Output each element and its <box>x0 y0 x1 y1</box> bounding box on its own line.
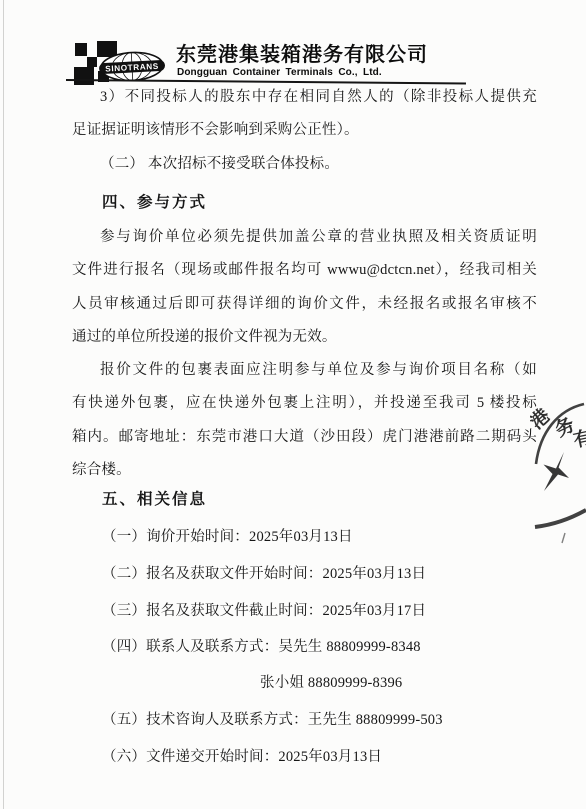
body-line: （二） 本次招标不接受联合体投标。 <box>72 154 537 175</box>
body-line: 报价文件的包裹表面应注明参与单位及参与询价项目名称（如 <box>72 360 537 381</box>
body-line: 通过的单位所投递的报价文件视为无效。 <box>72 327 537 348</box>
info-item-6: （六）文件递交开始时间：2025年03月13日 <box>72 747 537 768</box>
body-line: 有快递外包裹，应在快递外包裹上注明），并投递至我司 5 楼投标 <box>72 393 537 414</box>
info-item-1: （一）询价开始时间：2025年03月13日 <box>72 527 537 548</box>
info-item-4-continuation: 张小姐 88809999-8396 <box>72 673 537 694</box>
scan-edge-artifact <box>3 0 4 809</box>
body-line: 足证据证明该情形不会影响到采购公正性）。 <box>72 120 537 141</box>
section-heading-5: 五、相关信息 <box>72 489 537 510</box>
info-item-2: （二）报名及获取文件开始时间：2025年03月13日 <box>72 564 537 585</box>
body-line: 箱内。邮寄地址：东莞市港口大道（沙田段）虎门港港前路二期码头 <box>72 427 537 448</box>
seal-char: 港 <box>530 404 554 434</box>
company-name-cn: 东莞港集装箱港务有限公司 <box>176 43 428 67</box>
info-item-5: （五）技术咨询人及联系方式：王先生 88809999-503 <box>72 710 537 731</box>
company-seal-stamp: 港 务 有 <box>530 398 586 548</box>
body-line: 3）不同投标人的股东中存在相同自然人的（除非投标人提供充 <box>72 87 537 108</box>
body-line: 参与询价单位必须先提供加盖公章的营业执照及相关资质证明 <box>72 227 537 248</box>
info-item-4: （四）联系人及联系方式：吴先生 88809999-8348 <box>72 637 537 658</box>
company-name-en: Dongguan Container Terminals Co., Ltd. <box>177 66 382 79</box>
body-line: 综合楼。 <box>72 460 537 481</box>
seal-star-icon <box>544 452 570 491</box>
body-line: 人员审核通过后即可获得详细的询价文件，未经报名或报名审核不 <box>72 294 537 315</box>
info-item-3: （三）报名及获取文件截止时间：2025年03月17日 <box>72 601 537 622</box>
section-heading-4: 四、参与方式 <box>72 192 537 213</box>
scanned-document-page: SINOTRANS 东莞港集装箱港务有限公司 Dongguan Containe… <box>0 0 586 809</box>
body-line: 文件进行报名（现场或邮件报名均可 wwwu@dctcn.net），经我司相关 <box>72 260 537 281</box>
